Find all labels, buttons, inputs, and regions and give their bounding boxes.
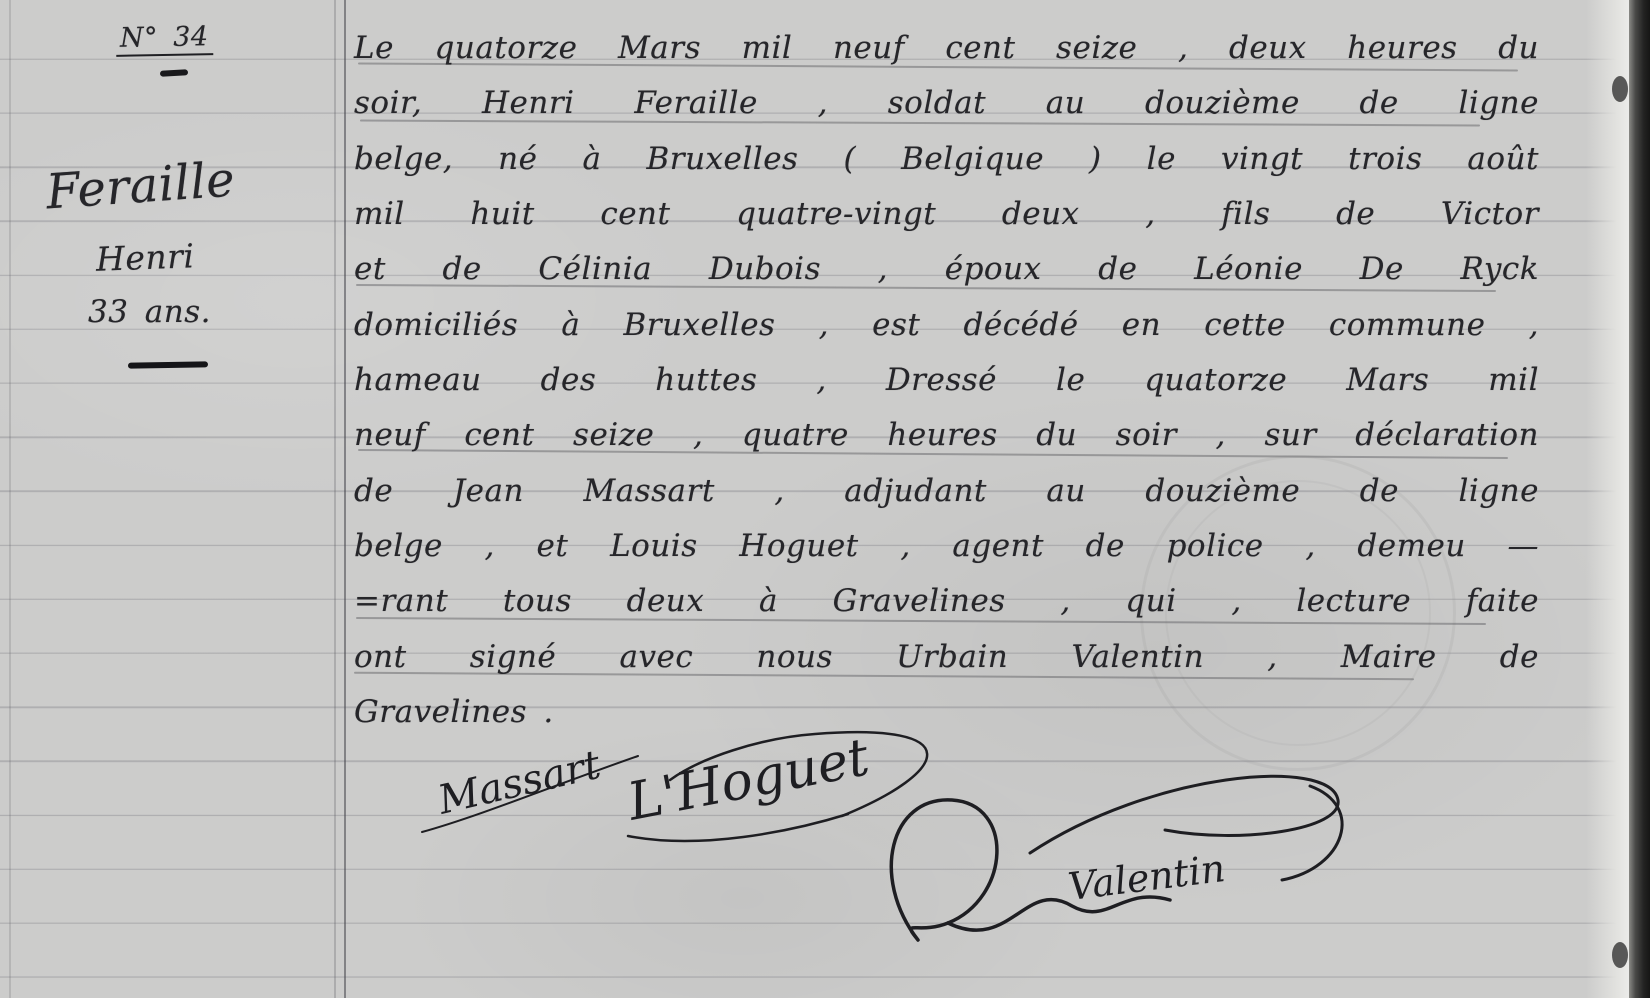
act-number: N° 34: [116, 21, 213, 57]
page-edge-shadow: [1629, 0, 1650, 998]
margin-surname: Feraille: [44, 151, 237, 220]
margin-separator-dash: [128, 361, 208, 368]
margin-given-name: Henri: [95, 236, 195, 278]
record-line: hameau des huttes , Dressé le quatorze M…: [354, 354, 1539, 406]
record-line: =rant tous deux à Gravelines , qui , lec…: [354, 575, 1539, 627]
margin-rule: [344, 0, 346, 998]
signature-flourish: [1282, 786, 1342, 880]
signature-mayor: Valentin: [1066, 846, 1228, 909]
margin-rule-inner: [334, 0, 336, 998]
signature-flourish: [1030, 776, 1338, 853]
left-margin-rule: [9, 0, 11, 998]
record-line: Le quatorze Mars mil neuf cent seize , d…: [354, 22, 1539, 74]
margin-age: 33 ans.: [88, 294, 211, 330]
margin-dash: [160, 69, 188, 76]
record-line: soir, Henri Feraille , soldat au douzièm…: [354, 77, 1539, 129]
record-line: belge , et Louis Hoguet , agent de polic…: [354, 520, 1539, 572]
page-edge-highlight: [1586, 0, 1630, 998]
record-line: de Jean Massart , adjudant au douzième d…: [354, 465, 1539, 517]
record-line: neuf cent seize , quatre heures du soir …: [354, 409, 1539, 461]
binding-mark: [1612, 76, 1628, 102]
record-line: domiciliés à Bruxelles , est décédé en c…: [354, 299, 1539, 351]
register-page: N° 34 Feraille Henri 33 ans. Le quatorze…: [0, 0, 1650, 998]
binding-mark: [1612, 942, 1628, 968]
record-line: belge, né à Bruxelles ( Belgique ) le vi…: [354, 133, 1539, 185]
signature-flourish: [891, 800, 997, 940]
record-line: ont signé avec nous Urbain Valentin , Ma…: [354, 631, 1539, 683]
record-line: mil huit cent quatre-vingt deux , fils d…: [354, 188, 1539, 240]
signature-flourish: [948, 897, 1170, 930]
record-line: et de Célinia Dubois , époux de Léonie D…: [354, 243, 1539, 295]
signatures-block: Massart L'Hoguet Valentin: [370, 728, 1470, 993]
signature-declarant1: Massart: [433, 742, 606, 824]
